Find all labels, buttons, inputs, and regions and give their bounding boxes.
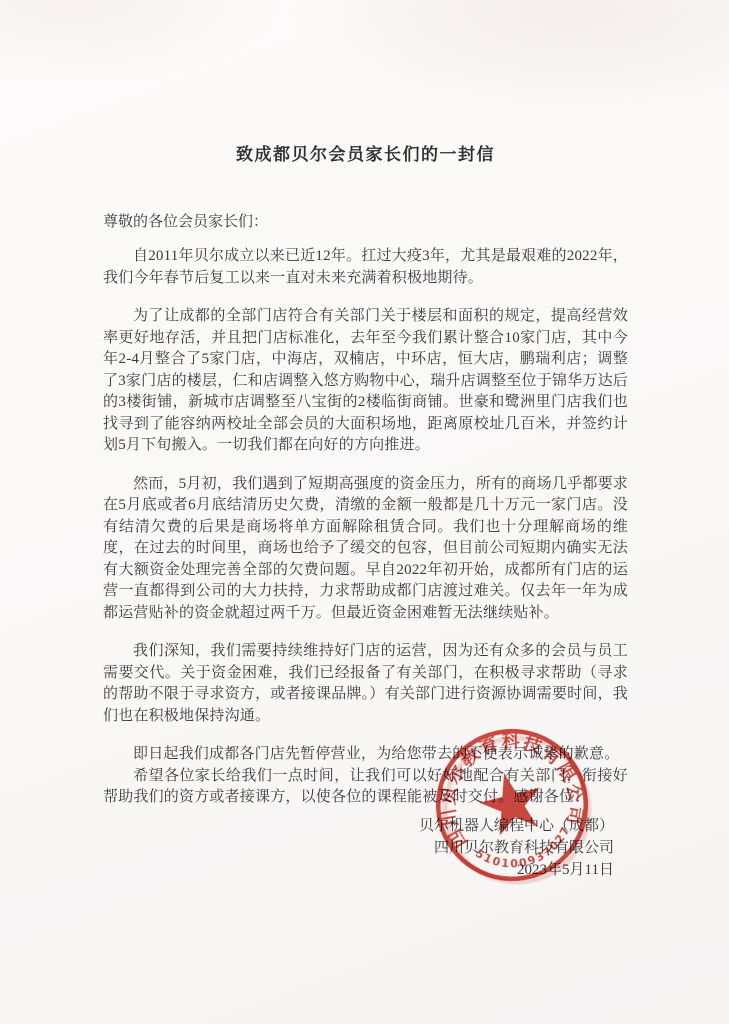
letter-title: 致成都贝尔会员家长们的一封信 [103, 140, 628, 165]
signature-block: 贝尔机器人编程中心（成都） 四川贝尔教育科技有限公司 2023年5月11日 [103, 815, 628, 881]
paragraph-funding-pressure: 然而，5月初，我们遇到了短期高强度的资金压力，所有的商场几乎都要求在5月底或者6… [103, 474, 628, 625]
letter-content: 致成都贝尔会员家长们的一封信 尊敬的各位会员家长们： 自2011年贝尔成立以来已… [103, 0, 628, 881]
signature-date: 2023年5月11日 [103, 859, 614, 881]
signature-center-name: 贝尔机器人编程中心（成都） [103, 815, 614, 837]
paragraph-seeking-help: 我们深知，我们需要持续维持好门店的运营，因为还有众多的会员与员工需要交代。关于资… [103, 641, 628, 727]
paragraph-closing-request: 希望各位家长给我们一点时间，让我们可以好好地配合有关部门，衔接好帮助我们的资方或… [103, 766, 628, 809]
paragraph-store-integration: 为了让成都的全部门店符合有关部门关于楼层和面积的规定，提高经营效率更好地存活，并… [103, 306, 628, 457]
signature-company-name: 四川贝尔教育科技有限公司 [103, 837, 614, 859]
letter-page: 致成都贝尔会员家长们的一封信 尊敬的各位会员家长们： 自2011年贝尔成立以来已… [0, 0, 729, 1024]
paragraph-intro: 自2011年贝尔成立以来已近12年。扛过大疫3年，尤其是最艰难的2022年，我们… [103, 246, 628, 289]
paragraph-suspension-notice: 即日起我们成都各门店先暂停营业，为给您带去的不便表示诚挚的歉意。 [103, 744, 628, 766]
salutation: 尊敬的各位会员家长们： [103, 212, 628, 233]
